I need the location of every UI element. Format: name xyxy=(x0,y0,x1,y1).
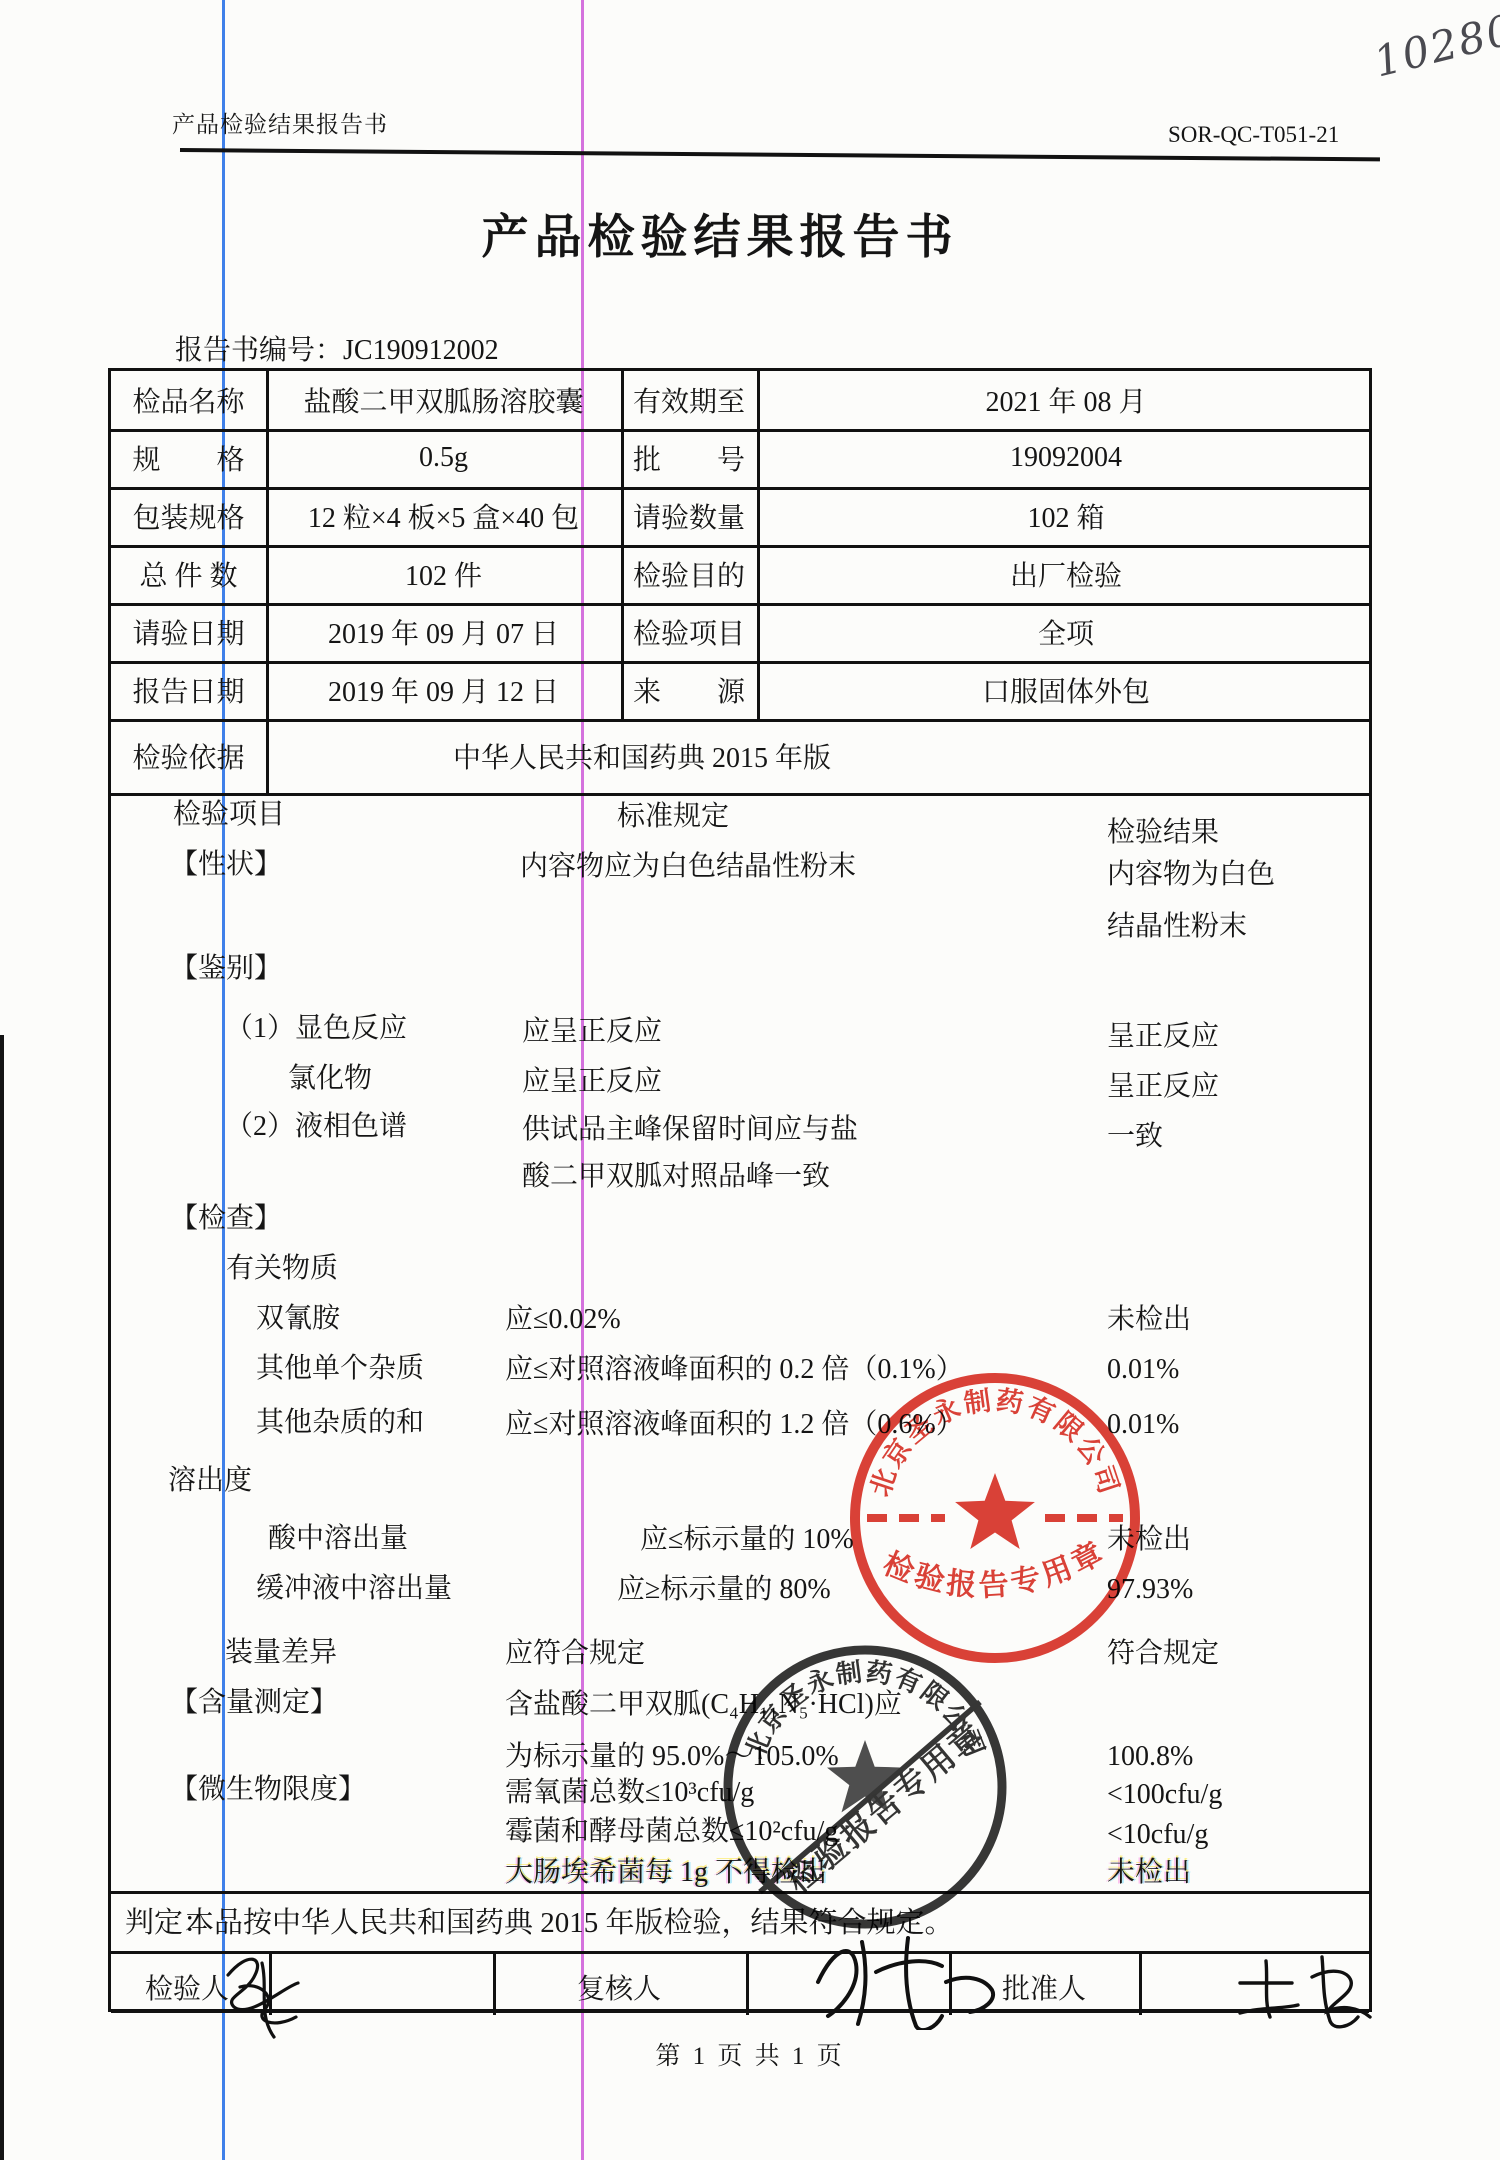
label-source: 来 源 xyxy=(621,661,757,719)
res-chloride: 呈正反应 xyxy=(1107,1070,1219,1104)
std-character: 内容物应为白色结晶性粉末 xyxy=(520,850,856,884)
page-footer: 第 1 页 共 1 页 xyxy=(0,2036,1500,2072)
grid-line xyxy=(111,793,1369,796)
label-test-purpose: 检验目的 xyxy=(621,545,757,603)
item-buffer-dissolution: 缓冲液中溶出量 xyxy=(256,1572,452,1606)
item-inspection: 【检查】 xyxy=(170,1202,282,1236)
header-rule xyxy=(180,148,1380,161)
signature-approver xyxy=(1228,1945,1403,2040)
label-total-pieces: 总 件 数 xyxy=(111,545,266,603)
black-stamp-purpose-text: 检验报告专用章 xyxy=(779,1714,991,1901)
item-color-reaction: （1）显色反应 xyxy=(225,1012,407,1046)
value-test-items: 全项 xyxy=(757,603,1375,661)
item-identification: 【鉴别】 xyxy=(170,952,282,986)
item-related-substances: 有关物质 xyxy=(226,1252,338,1286)
value-request-qty: 102 箱 xyxy=(757,487,1375,545)
signature-reviewer xyxy=(800,1930,1020,2035)
value-test-purpose: 出厂检验 xyxy=(757,545,1375,603)
value-batch-no: 19092004 xyxy=(757,429,1375,487)
label-report-date: 报告日期 xyxy=(111,661,266,719)
std-hplc-line1: 供试品主峰保留时间应与盐 xyxy=(522,1113,858,1147)
report-number: 报告书编号：JC190912002 xyxy=(175,328,499,368)
res-hplc: 一致 xyxy=(1107,1120,1163,1154)
report-number-value: JC190912002 xyxy=(343,335,499,366)
black-company-stamp: 北京圣永制药有限公司 检验报告专用章 xyxy=(718,1640,1013,1940)
grid-line xyxy=(493,1951,496,2015)
item-hplc: （2）液相色谱 xyxy=(225,1110,407,1144)
value-test-basis: 中华人民共和国药典 2015 年版 xyxy=(266,719,1375,793)
std-chloride: 应呈正反应 xyxy=(522,1065,662,1099)
label-batch-no: 批 号 xyxy=(621,429,757,487)
item-total-impurity: 其他杂质的和 xyxy=(256,1406,424,1440)
res-ecoli: 未检出 xyxy=(1107,1856,1191,1890)
std-color-reaction: 应呈正反应 xyxy=(522,1015,662,1049)
value-report-date: 2019 年 09 月 12 日 xyxy=(266,661,621,719)
value-total-pieces: 102 件 xyxy=(266,545,621,603)
page-title: 产品检验结果报告书 xyxy=(0,200,1440,267)
red-stamp-purpose-text: 检验报告专用章 xyxy=(878,1534,1111,1603)
value-request-date: 2019 年 09 月 07 日 xyxy=(266,603,621,661)
value-sample-name: 盐酸二甲双胍肠溶胶囊 xyxy=(266,371,621,429)
item-single-impurity: 其他单个杂质 xyxy=(256,1352,424,1386)
value-source: 口服固体外包 xyxy=(757,661,1375,719)
std-aerobic-count: 需氧菌总数≤10³cfu/g xyxy=(505,1776,754,1810)
grid-line xyxy=(1139,1951,1142,2015)
col-header-result: 检验结果 xyxy=(1107,816,1219,850)
std-acid-dissolution: 应≤标示量的 10% xyxy=(640,1523,854,1557)
col-header-standard: 标准规定 xyxy=(617,800,729,834)
header-doc-type: 产品检验结果报告书 xyxy=(172,106,388,139)
label-spec: 规 格 xyxy=(111,429,266,487)
label-request-qty: 请验数量 xyxy=(621,487,757,545)
grid-line xyxy=(746,1951,749,2015)
scanned-report-page: 产品检验结果报告书 SOR-QC-T051-21 1028026 产品检验结果报… xyxy=(0,0,1500,2160)
item-microbial-limit: 【微生物限度】 xyxy=(170,1773,366,1807)
item-dissolution: 溶出度 xyxy=(168,1464,252,1498)
item-weight-variation: 装量差异 xyxy=(225,1636,337,1670)
item-acid-dissolution: 酸中溶出量 xyxy=(268,1522,408,1556)
header-doc-code: SOR-QC-T051-21 xyxy=(1168,122,1339,148)
label-reviewer: 复核人 xyxy=(577,1967,661,2007)
value-pack-spec: 12 粒×4 板×5 盒×40 包 xyxy=(266,487,621,545)
std-dicyandiamide: 应≤0.02% xyxy=(505,1303,621,1337)
label-test-basis: 检验依据 xyxy=(111,719,266,793)
label-request-date: 请验日期 xyxy=(111,603,266,661)
label-sample-name: 检品名称 xyxy=(111,371,266,429)
res-color-reaction: 呈正反应 xyxy=(1107,1020,1219,1054)
red-company-stamp: 北京圣永制药有限公司 检验报告专用章 xyxy=(845,1368,1145,1673)
col-header-item: 检验项目 xyxy=(173,798,285,832)
std-weight-variation: 应符合规定 xyxy=(505,1637,645,1671)
res-character-line1: 内容物为白色 xyxy=(1107,858,1275,892)
scan-artifact-edge-line xyxy=(0,1035,4,2160)
handwritten-number: 1028026 xyxy=(1369,0,1500,87)
svg-text:检验报告专用章: 检验报告专用章 xyxy=(878,1534,1111,1603)
label-pack-spec: 包装规格 xyxy=(111,487,266,545)
res-mold-yeast-count: <10cfu/g xyxy=(1107,1818,1208,1852)
res-dicyandiamide: 未检出 xyxy=(1107,1303,1191,1337)
res-aerobic-count: <100cfu/g xyxy=(1107,1778,1222,1812)
res-assay: 100.8% xyxy=(1107,1740,1193,1774)
res-character-line2: 结晶性粉末 xyxy=(1107,910,1247,944)
std-hplc-line2: 酸二甲双胍对照品峰一致 xyxy=(522,1160,830,1194)
item-dicyandiamide: 双氰胺 xyxy=(256,1302,340,1336)
item-character: 【性状】 xyxy=(170,848,282,882)
label-test-items: 检验项目 xyxy=(621,603,757,661)
value-spec: 0.5g xyxy=(266,429,621,487)
signature-inspector xyxy=(200,1945,370,2045)
report-number-label: 报告书编号： xyxy=(175,335,343,366)
value-expiry: 2021 年 08 月 xyxy=(757,371,1375,429)
item-chloride: 氯化物 xyxy=(288,1062,372,1096)
item-assay: 【含量测定】 xyxy=(170,1686,338,1720)
std-buffer-dissolution: 应≥标示量的 80% xyxy=(617,1573,831,1607)
label-expiry: 有效期至 xyxy=(621,371,757,429)
red-stamp-star-icon xyxy=(955,1473,1035,1549)
